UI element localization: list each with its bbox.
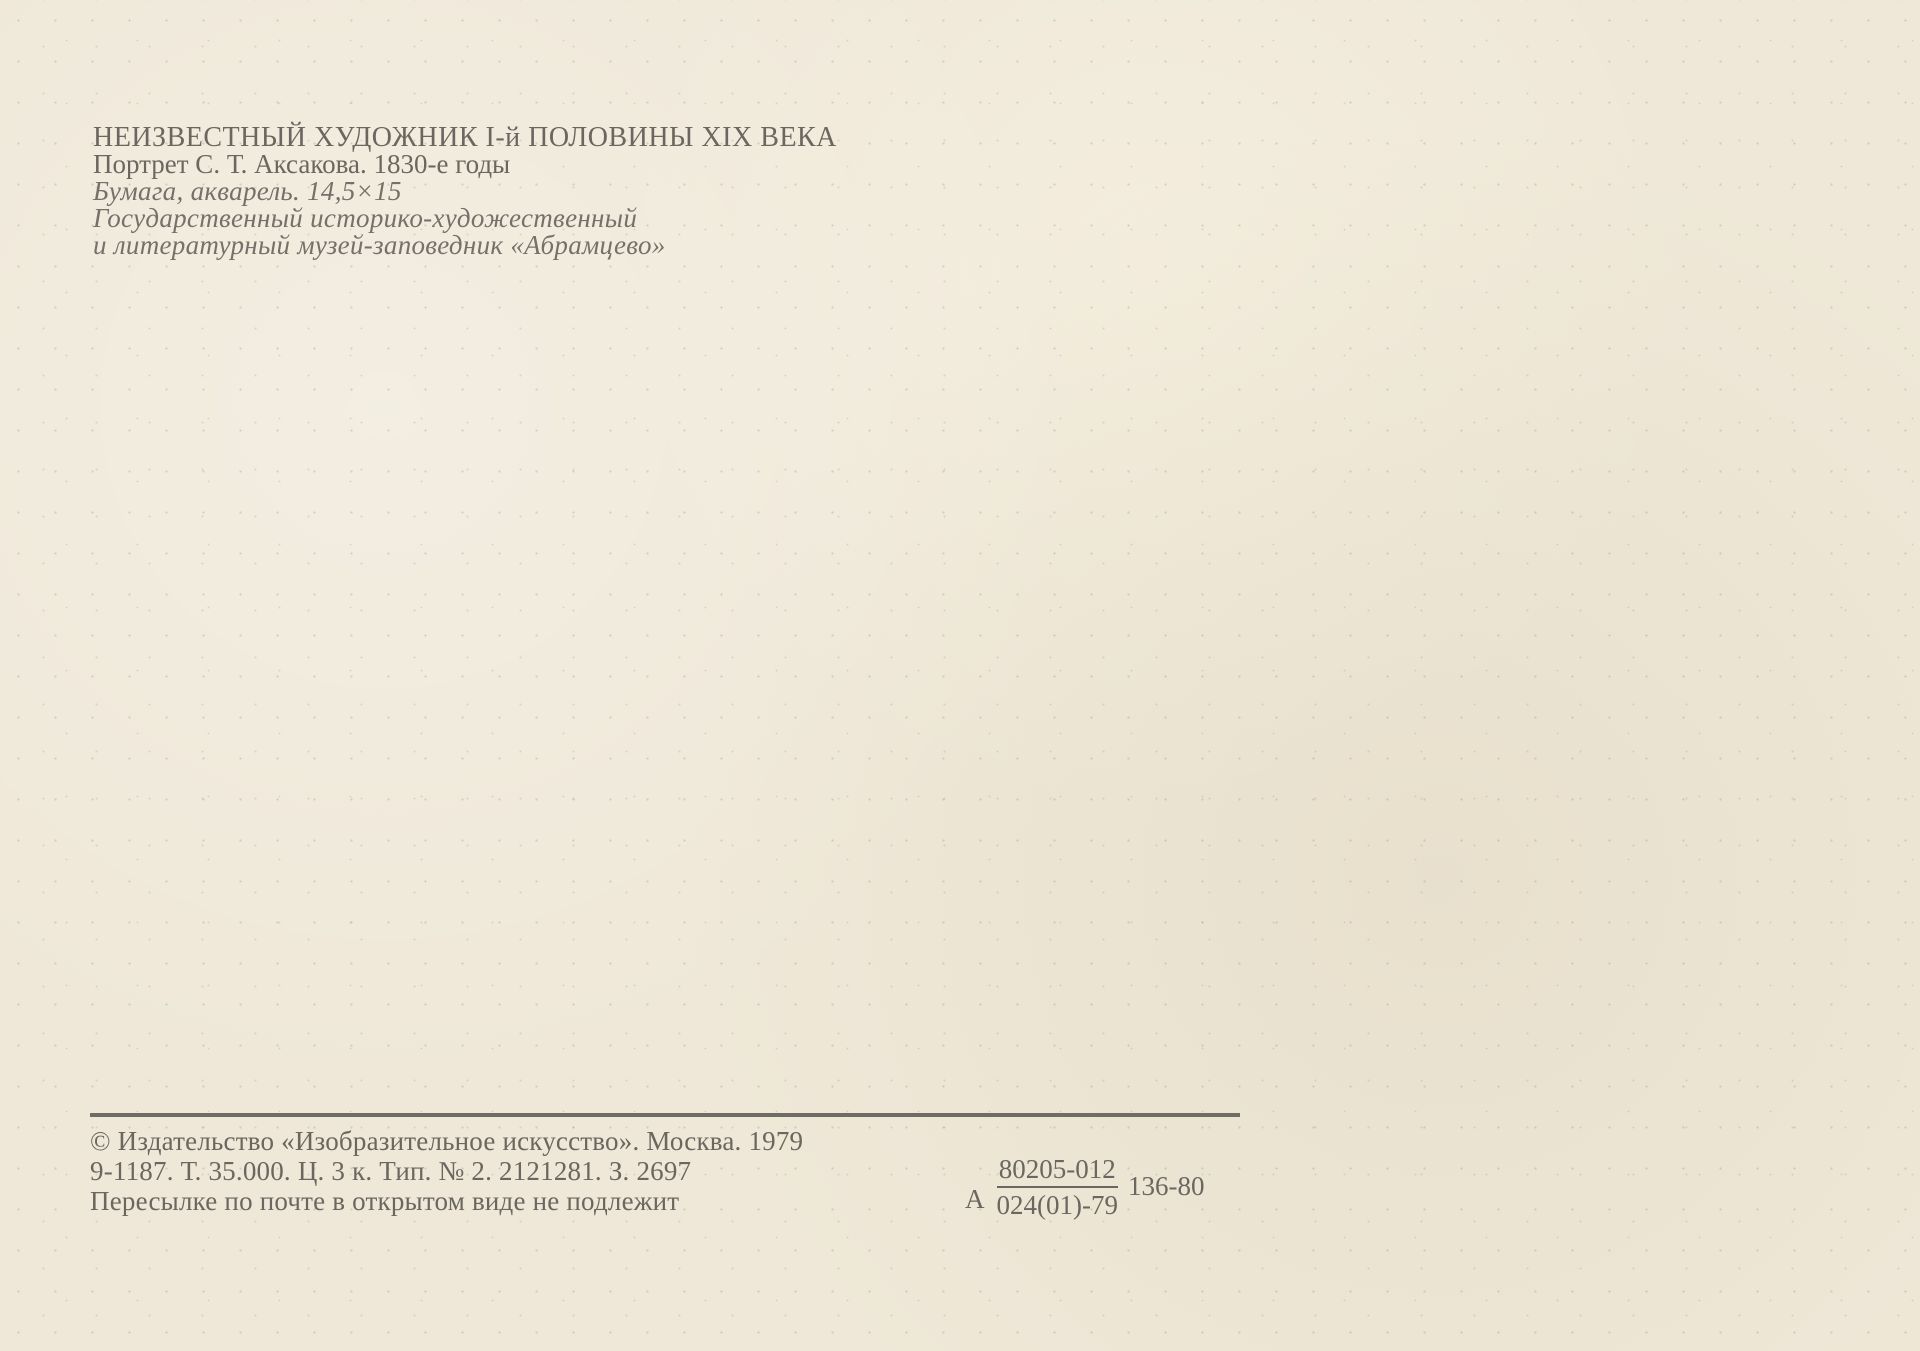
publisher-imprint: © Издательство «Изобразительное искусств… — [90, 1126, 803, 1216]
code-suffix: 136-80 — [1128, 1171, 1205, 1202]
artwork-title: Портрет С. Т. Аксакова. 1830-е годы — [93, 151, 837, 178]
museum-name-line1: Государственный историко-художественный — [93, 205, 837, 232]
code-letter: А — [965, 1184, 985, 1215]
museum-name-line2: и литературный музей-заповедник «Абрамце… — [93, 232, 837, 259]
artwork-medium: Бумага, акварель. 14,5×15 — [93, 178, 837, 205]
artist-heading: НЕИЗВЕСТНЫЙ ХУДОЖНИК I-й ПОЛОВИНЫ XIX ВЕ… — [93, 124, 837, 151]
code-denominator: 024(01)-79 — [997, 1188, 1118, 1219]
code-numerator: 80205-012 — [997, 1155, 1118, 1188]
code-fraction: 80205-012 024(01)-79 — [997, 1155, 1118, 1219]
publisher-line: © Издательство «Изобразительное искусств… — [90, 1126, 803, 1156]
divider-rule — [90, 1113, 1240, 1117]
artwork-caption: НЕИЗВЕСТНЫЙ ХУДОЖНИК I-й ПОЛОВИНЫ XIX ВЕ… — [93, 124, 837, 259]
postal-note-line: Пересылке по почте в открытом виде не по… — [90, 1186, 803, 1216]
print-info-line: 9-1187. Т. 35.000. Ц. 3 к. Тип. № 2. 212… — [90, 1156, 803, 1186]
catalog-code: А 80205-012 024(01)-79 136-80 — [965, 1155, 1204, 1219]
